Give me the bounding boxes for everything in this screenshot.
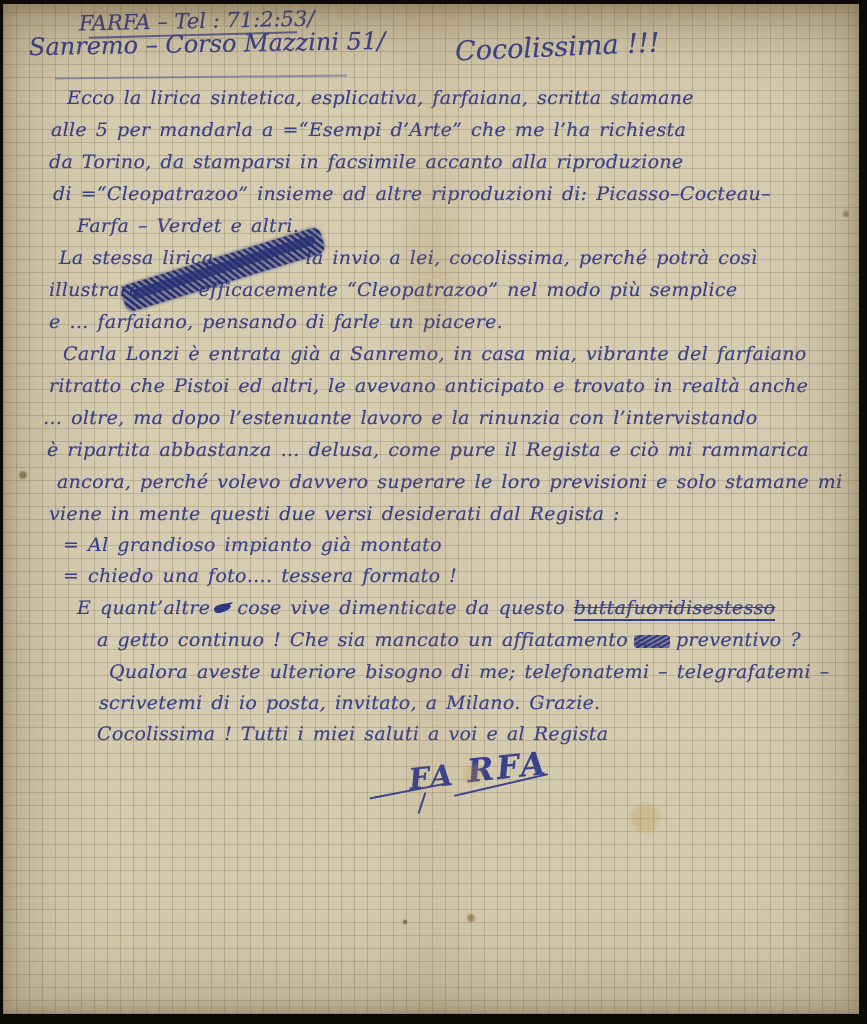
- paper: FARFA – Tel : 71:2:53/ Sanremo – Corso M…: [3, 4, 859, 1014]
- underlined-struck-word: buttafuoridisestesso: [574, 597, 776, 621]
- letter-line: = Al grandioso impianto già montato: [63, 533, 442, 557]
- letter-line: a getto continuo ! Che sia mancato un af…: [97, 628, 801, 652]
- line-text: preventivo ?: [676, 629, 801, 651]
- line-text: la invio a lei, cocolissima, perché potr…: [306, 247, 758, 269]
- ink-mark: [214, 602, 233, 615]
- letter-line: ritratto che Pistoi ed altri, le avevano…: [49, 374, 808, 398]
- line-text: cose vive dimenticate da questo: [237, 597, 565, 619]
- letter-line: … oltre, ma dopo l’estenuante lavoro e l…: [43, 406, 757, 430]
- signature-stroke: [418, 792, 427, 814]
- letter-line: = chiedo una foto…. tessera formato !: [63, 564, 457, 588]
- header-address-line: Sanremo – Corso Mazzini 51/: [29, 27, 386, 61]
- letter-line: e … farfaiano, pensando di farle un piac…: [49, 310, 503, 334]
- letter-line: illustrareefficacemente “Cleopatrazoo” n…: [49, 278, 737, 302]
- line-text: La stessa lirica: [59, 247, 214, 269]
- letter-line: Farfa – Verdet e altri.: [77, 214, 299, 238]
- letter-line: Carla Lonzi è entrata già a Sanremo, in …: [63, 342, 807, 366]
- letter-line: viene in mente questi due versi desidera…: [49, 502, 620, 526]
- letter-line: Qualora aveste ulteriore bisogno di me; …: [109, 660, 829, 684]
- letter-line: ancora, perché volevo davvero superare l…: [57, 470, 842, 494]
- letter-line: E quant’altrecose vive dimenticate da qu…: [77, 596, 775, 620]
- line-text: illustrare: [49, 279, 141, 301]
- letter-line: Cocolissima ! Tutti i miei saluti a voi …: [97, 722, 608, 746]
- letter-line: alle 5 per mandarla a =“Esempi d’Arte” c…: [51, 118, 686, 142]
- salutation: Cocolissima !!!: [454, 28, 660, 68]
- line-text: E quant’altre: [77, 597, 210, 619]
- letter-line: da Torino, da stamparsi in facsimile acc…: [49, 150, 683, 174]
- signature: FA RFA: [391, 746, 581, 808]
- letter-line: scrivetemi di io posta, invitato, a Mila…: [99, 691, 601, 715]
- line-text: efficacemente “Cleopatrazoo” nel modo pi…: [199, 279, 738, 301]
- letter-photo: FARFA – Tel : 71:2:53/ Sanremo – Corso M…: [0, 0, 867, 1024]
- letter-line: Ecco la lirica sintetica, esplicativa, f…: [67, 86, 694, 110]
- faint-pen-rule: [55, 74, 347, 79]
- line-text: a getto continuo ! Che sia mancato un af…: [97, 629, 628, 651]
- letter-line: di =“Cleopatrazoo” insieme ad altre ripr…: [53, 182, 771, 206]
- scribbled-out-word: fra: [634, 635, 670, 648]
- letter-line: è ripartita abbastanza … delusa, come pu…: [47, 438, 809, 462]
- letter-line: La stessa liricala invio a lei, cocoliss…: [59, 246, 757, 270]
